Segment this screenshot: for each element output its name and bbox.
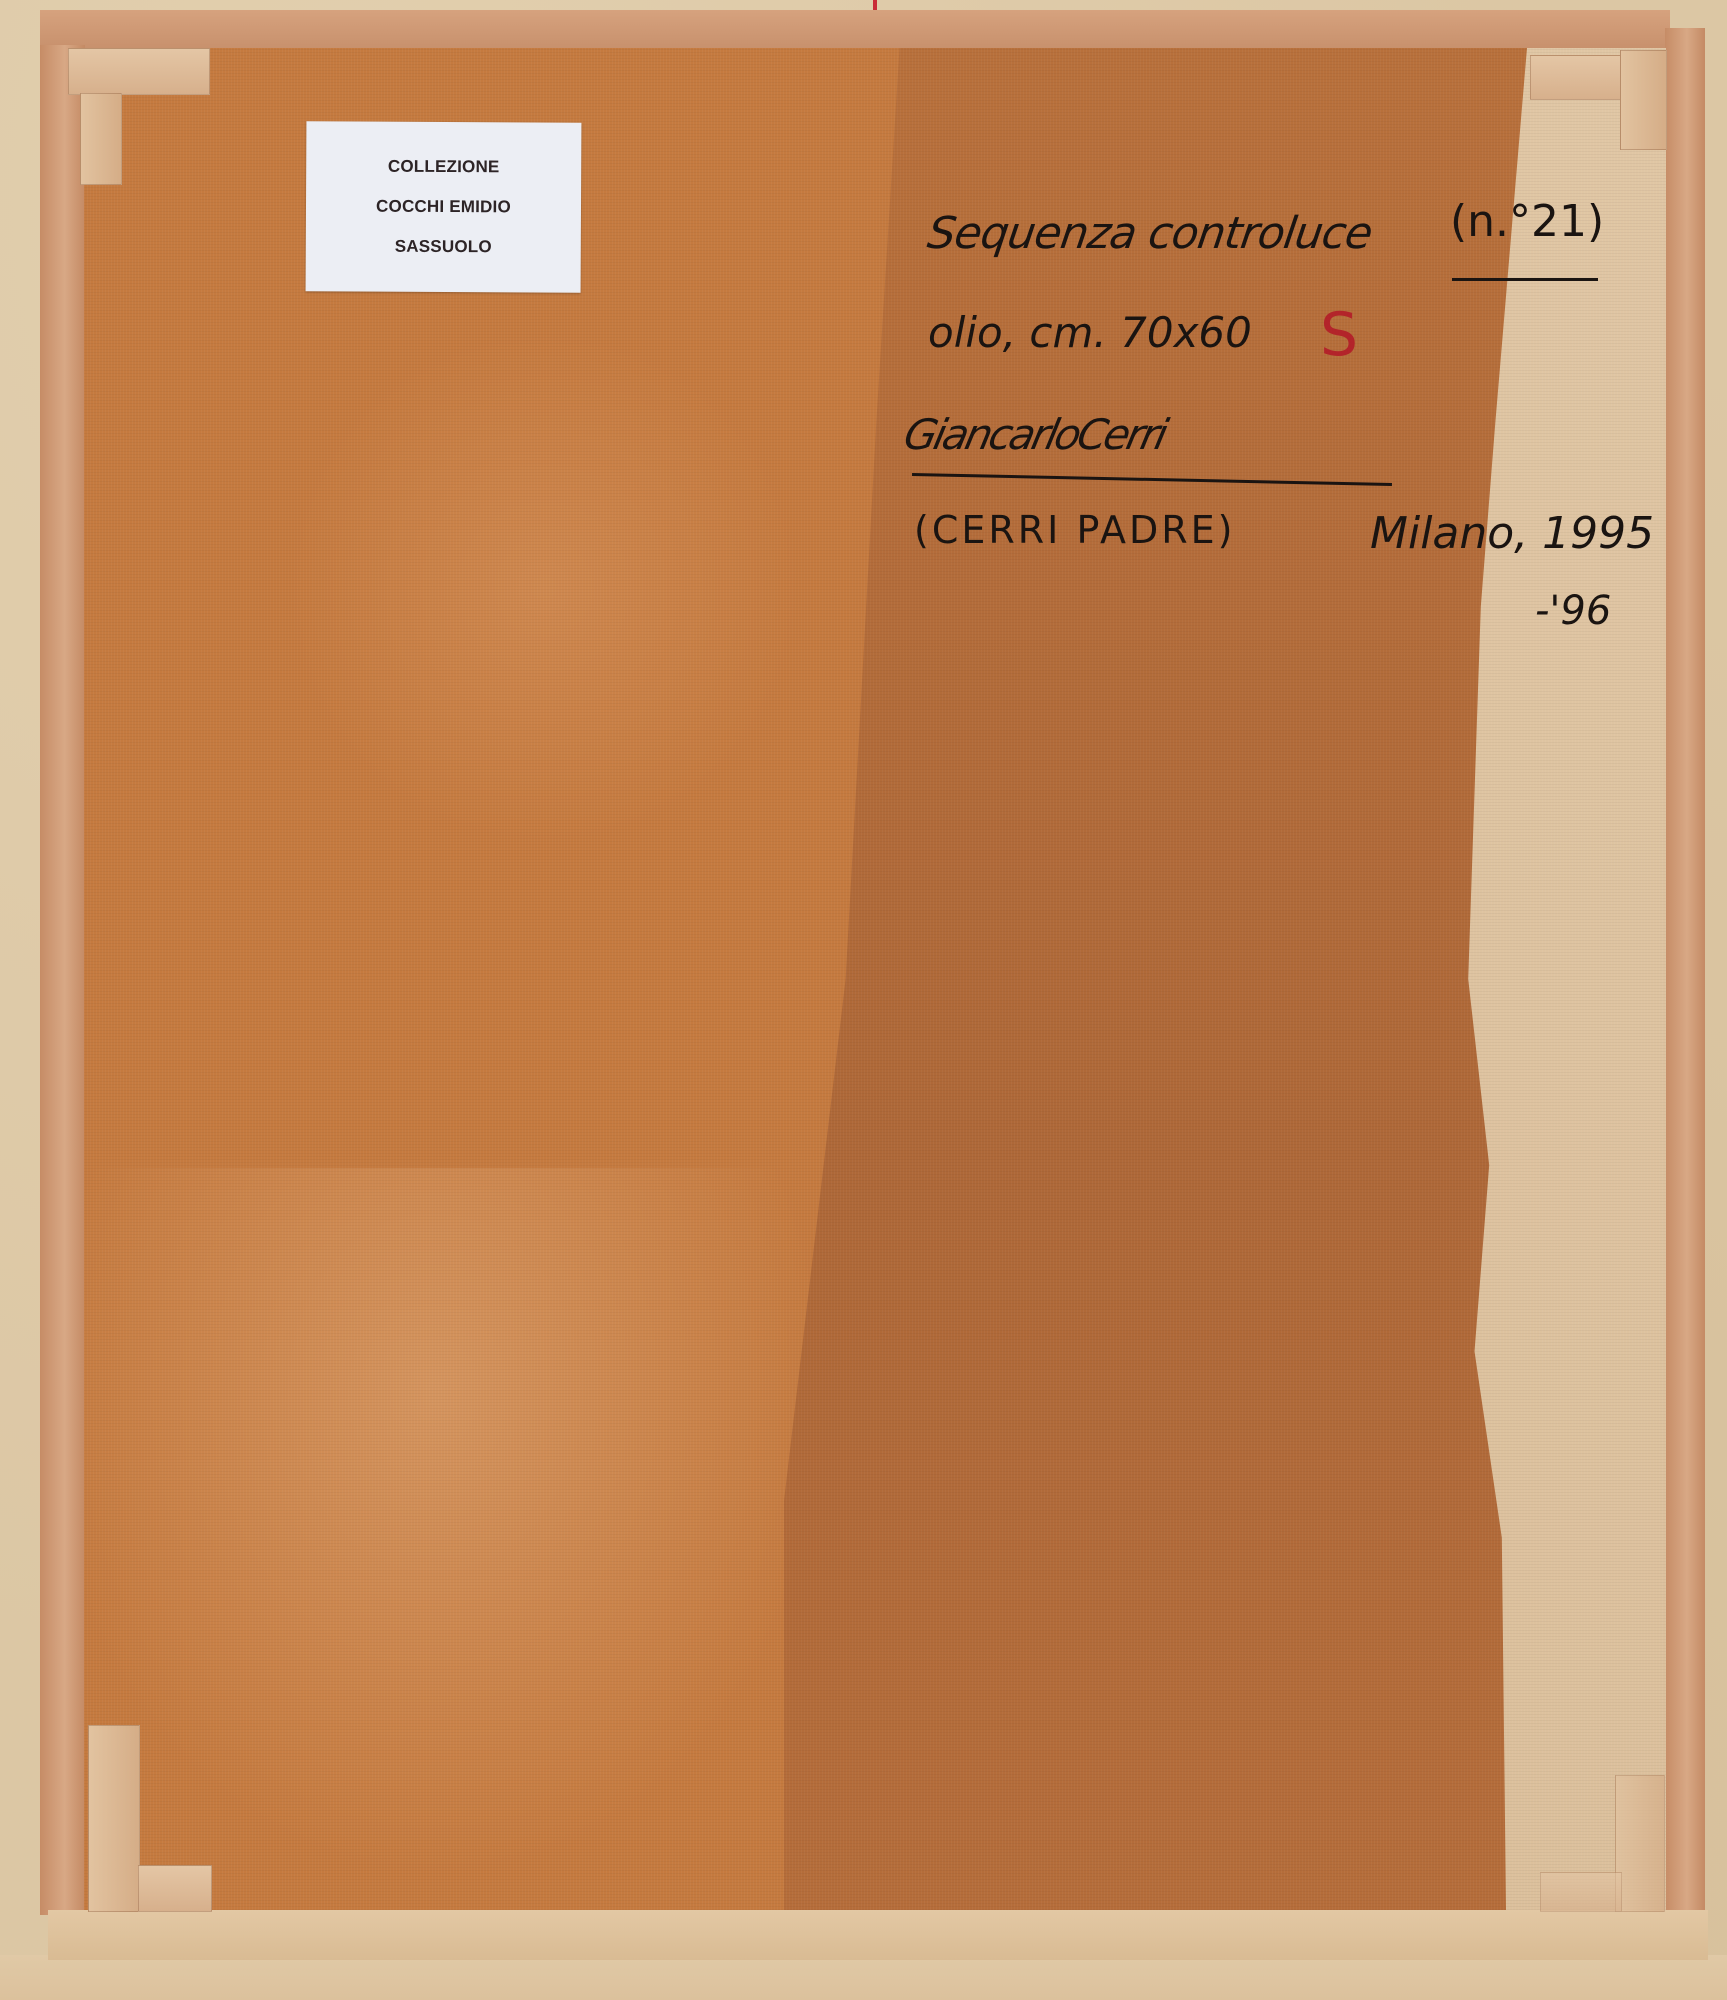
- artist-signature: GiancarloCerri: [900, 410, 1170, 459]
- canvas-weave-texture: [84, 48, 1666, 1910]
- inscription-note: (CERRI PADRE): [914, 508, 1235, 552]
- collection-label: COLLEZIONE COCCHI EMIDIO SASSUOLO: [306, 121, 582, 292]
- inscription-title: Sequenza controluce: [924, 208, 1375, 259]
- canvas-back: [84, 48, 1666, 1910]
- inscription-place-year: Milano, 1995: [1370, 508, 1654, 559]
- stretcher-bar-right: [1665, 28, 1705, 1918]
- corner-key-bottom-left: [88, 1725, 140, 1912]
- label-line: COCCHI EMIDIO: [376, 197, 511, 218]
- corner-key-top-left: [68, 48, 210, 95]
- number-underline: [1452, 278, 1598, 281]
- corner-key-bottom-left: [138, 1865, 212, 1912]
- stretcher-bar-left: [40, 45, 85, 1915]
- label-line: COLLEZIONE: [388, 157, 500, 178]
- inscription-red-mark: S: [1320, 300, 1358, 370]
- inscription-number: (n.°21): [1450, 196, 1604, 247]
- stretcher-bar-top: [40, 10, 1670, 48]
- corner-key-top-right: [1620, 50, 1667, 150]
- inscription-medium: olio, cm. 70x60: [928, 308, 1252, 357]
- corner-key-top-left: [80, 93, 122, 185]
- corner-key-top-right: [1530, 55, 1624, 100]
- inscription-year-end: -'96: [1535, 588, 1611, 634]
- stretcher-bar-bottom: [48, 1910, 1708, 1960]
- corner-key-bottom-right: [1615, 1775, 1665, 1912]
- corner-key-bottom-right: [1540, 1872, 1622, 1912]
- floor-board: [0, 1955, 1727, 2000]
- label-line: SASSUOLO: [395, 237, 492, 258]
